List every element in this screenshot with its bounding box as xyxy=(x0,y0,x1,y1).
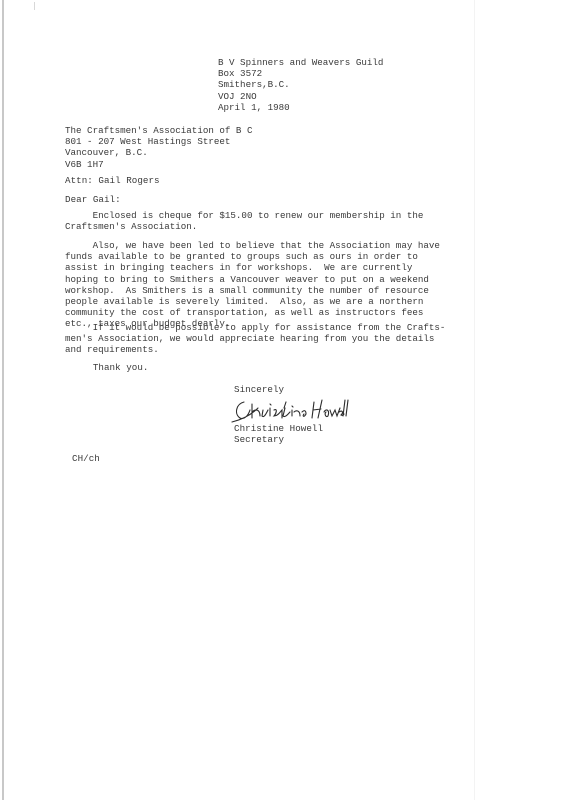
page-edge xyxy=(2,0,4,800)
signer-title: Secretary xyxy=(234,434,284,445)
attention-line: Attn: Gail Rogers xyxy=(65,175,160,186)
salutation: Dear Gail: xyxy=(65,194,121,205)
body-paragraph-1: Enclosed is cheque for $15.00 to renew o… xyxy=(65,210,423,232)
reference-initials: CH/ch xyxy=(72,453,100,464)
paragraph-line: Craftsmen's Association. xyxy=(65,221,423,232)
sender-line-postal: VOJ 2NO xyxy=(218,91,383,102)
recipient-line-street: 801 - 207 West Hastings Street xyxy=(65,136,252,147)
sender-address: B V Spinners and Weavers Guild Box 3572 … xyxy=(218,57,383,113)
paragraph-line: Also, we have been led to believe that t… xyxy=(65,240,440,251)
recipient-line-city: Vancouver, B.C. xyxy=(65,147,252,158)
valediction: Sincerely xyxy=(234,384,284,395)
paragraph-line: assist in bringing teachers in for works… xyxy=(65,262,440,273)
recipient-address: The Craftsmen's Association of B C 801 -… xyxy=(65,125,252,170)
scan-mark xyxy=(34,2,35,10)
letter-date: April 1, 1980 xyxy=(218,102,383,113)
handwritten-signature xyxy=(230,396,350,426)
recipient-line-postal: V6B 1H7 xyxy=(65,159,252,170)
paragraph-line: If it would be possible to apply for ass… xyxy=(65,322,445,333)
recipient-line-org: The Craftsmen's Association of B C xyxy=(65,125,252,136)
body-paragraph-2: Also, we have been led to believe that t… xyxy=(65,240,440,330)
body-paragraph-3: If it would be possible to apply for ass… xyxy=(65,322,445,356)
closing-thanks: Thank you. xyxy=(65,362,148,373)
paragraph-line: hoping to bring to Smithers a Vancouver … xyxy=(65,274,440,285)
sender-line-city: Smithers,B.C. xyxy=(218,79,383,90)
paragraph-line: people available is severely limited. Al… xyxy=(65,296,440,307)
sender-line-box: Box 3572 xyxy=(218,68,383,79)
paragraph-line: men's Association, we would appreciate h… xyxy=(65,333,445,344)
paragraph-line: and requirements. xyxy=(65,344,445,355)
paragraph-line: Enclosed is cheque for $15.00 to renew o… xyxy=(65,210,423,221)
paragraph-line: funds available to be granted to groups … xyxy=(65,251,440,262)
signer-name: Christine Howell xyxy=(234,423,323,434)
paragraph-line: community the cost of transportation, as… xyxy=(65,307,440,318)
paragraph-line: workshop. As Smithers is a small communi… xyxy=(65,285,440,296)
sender-line-org: B V Spinners and Weavers Guild xyxy=(218,57,383,68)
page-edge-right xyxy=(474,0,475,800)
